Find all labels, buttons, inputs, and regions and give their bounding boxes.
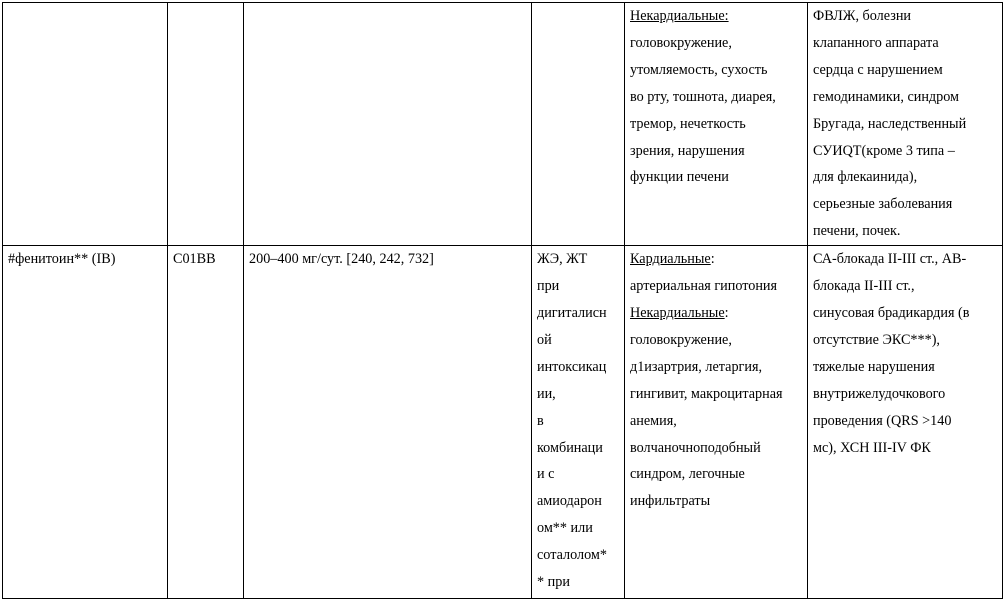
contraindications-text: ФВЛЖ, болезниклапанного аппаратасердца с… (813, 3, 997, 245)
text-line: при (537, 273, 619, 300)
text-line: гемодинамики, синдром (813, 84, 997, 111)
text-line: инфильтраты (630, 488, 802, 515)
contraindications-cell: ФВЛЖ, болезниклапанного аппаратасердца с… (808, 3, 1003, 246)
text-line: блокада II-III ст., (813, 273, 997, 300)
text-line: проведения (QRS >140 (813, 408, 997, 435)
text-line: отсутствие ЭКС***), (813, 327, 997, 354)
text-line: серьезные заболевания (813, 191, 997, 218)
text-line: тяжелые нарушения (813, 354, 997, 381)
noncardiac-effects-text: головокружение,утомляемость, сухостьво р… (630, 30, 802, 191)
cardiac-heading: Кардиальные: (630, 246, 802, 273)
dosage-cell (244, 3, 532, 246)
text-line: для флекаинида), (813, 164, 997, 191)
table-row: #фенитоин** (IB) C01BB 200–400 мг/сут. [… (3, 246, 1003, 599)
text-line: печени, почек. (813, 218, 997, 245)
text-line: функции печени (630, 164, 802, 191)
text-line: и с (537, 461, 619, 488)
text-line: зрения, нарушения (630, 138, 802, 165)
text-line: СА-блокада II-III ст., АВ- (813, 246, 997, 273)
text-line: во рту, тошнота, диарея, (630, 84, 802, 111)
table-row: Некардиальные: головокружение,утомляемос… (3, 3, 1003, 246)
text-line: амиодарон (537, 488, 619, 515)
noncardiac-label: Некардиальные: (630, 3, 802, 30)
indications-cell: ЖЭ, ЖТпридигиталиснойинтоксикации,вкомби… (532, 246, 625, 599)
dosage-cell: 200–400 мг/сут. [240, 242, 732] (244, 246, 532, 599)
text-line: ом** или (537, 515, 619, 542)
atc-code-cell (168, 3, 244, 246)
text-line: интоксикац (537, 354, 619, 381)
text-line: СУИQT(кроме 3 типа – (813, 138, 997, 165)
cardiac-label: Кардиальные (630, 251, 711, 267)
cardiac-effects-text: артериальная гипотония (630, 273, 802, 300)
text-line: дигиталисн (537, 300, 619, 327)
atc-code-cell: C01BB (168, 246, 244, 599)
text-line: головокружение, (630, 327, 802, 354)
side-effects-cell: Некардиальные: головокружение,утомляемос… (625, 3, 808, 246)
text-line: сердца с нарушением (813, 57, 997, 84)
text-line: ии, (537, 381, 619, 408)
drug-name-cell: #фенитоин** (IB) (3, 246, 168, 599)
drug-name-cell (3, 3, 168, 246)
text-line: ЖЭ, ЖТ (537, 246, 619, 273)
text-line: соталолом* (537, 542, 619, 569)
text-line: синусовая брадикардия (в (813, 300, 997, 327)
indications-cell (532, 3, 625, 246)
contraindications-cell: СА-блокада II-III ст., АВ-блокада II-III… (808, 246, 1003, 599)
text-line: гингивит, макроцитарная (630, 381, 802, 408)
text-line: ой (537, 327, 619, 354)
text-line: головокружение, (630, 30, 802, 57)
text-line: утомляемость, сухость (630, 57, 802, 84)
text-line: синдром, легочные (630, 461, 802, 488)
text-line: * при (537, 569, 619, 596)
indications-text: ЖЭ, ЖТпридигиталиснойинтоксикации,вкомби… (537, 246, 619, 596)
text-line: комбинаци (537, 435, 619, 462)
noncardiac-heading: Некардиальные: (630, 300, 802, 327)
drug-table: Некардиальные: головокружение,утомляемос… (2, 2, 1003, 599)
text-line: внутрижелудочкового (813, 381, 997, 408)
text-line: мс), ХСН III-IV ФК (813, 435, 997, 462)
text-line: в (537, 408, 619, 435)
noncardiac-label: Некардиальные (630, 305, 725, 321)
text-line: волчаночноподобный (630, 435, 802, 462)
text-line: клапанного аппарата (813, 30, 997, 57)
contraindications-text: СА-блокада II-III ст., АВ-блокада II-III… (813, 246, 997, 461)
text-line: тремор, нечеткость (630, 111, 802, 138)
text-line: д1изартрия, летаргия, (630, 354, 802, 381)
side-effects-cell: Кардиальные: артериальная гипотония Нека… (625, 246, 808, 599)
text-line: ФВЛЖ, болезни (813, 3, 997, 30)
noncardiac-effects-text: головокружение,д1изартрия, летаргия,гинг… (630, 327, 802, 515)
text-line: Бругада, наследственный (813, 111, 997, 138)
text-line: анемия, (630, 408, 802, 435)
